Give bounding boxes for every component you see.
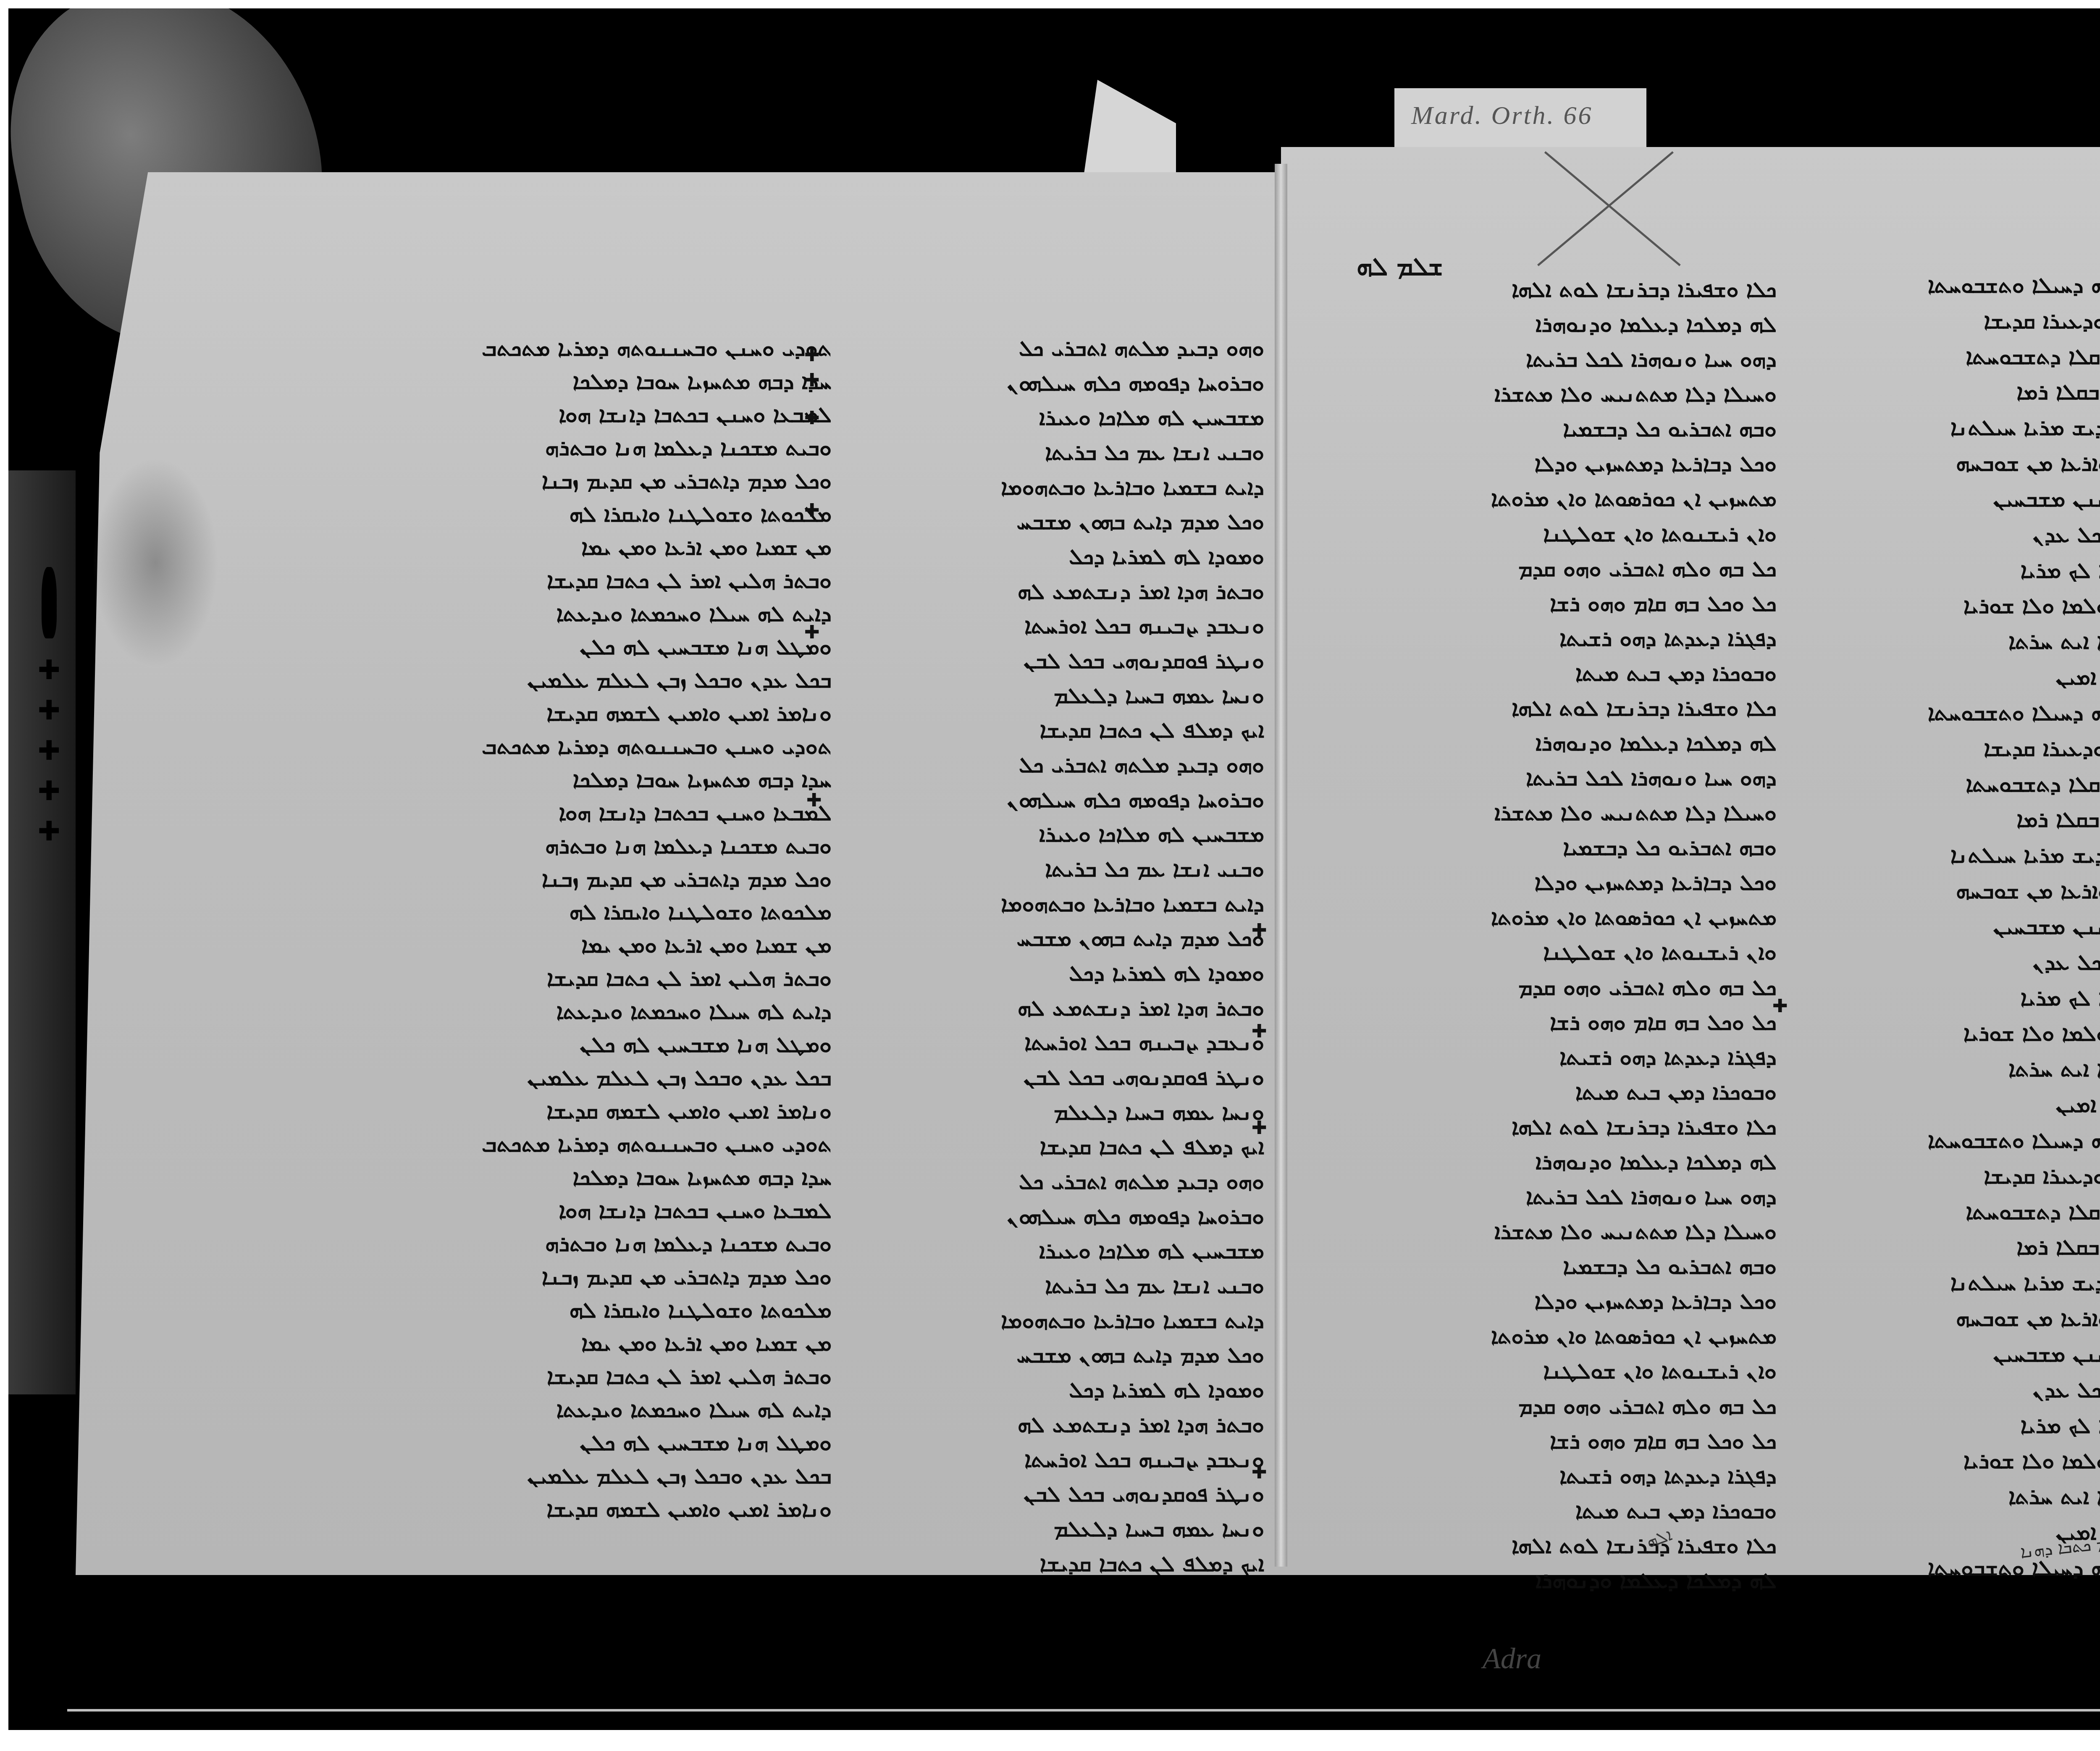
right-page-inner-column: ܟܠܐ ܘܫܦܝܪܐ ܕܒܪܢܫܐ ܠܘܬ ܐܠܗܐ ܠܗ ܕܡܠܟܐ ܕܥܠܡ…	[1348, 277, 1777, 1592]
text-line: ܘܐܡܪܝܢ ܫܘܒܚܐ ܠܟ ܡܪܝܐ	[1806, 1413, 2100, 1437]
text-line: ܐܝܟ ܕܡܠܦ ܠܢ ܟܬܒܐ ܩܕܝܫܐ	[844, 718, 1264, 741]
text-line: ܘܟܠ ܡܕܡ ܕܐܝܬ ܒܗܘܢ ܡܫܒܚ	[844, 926, 1264, 950]
text-line: ܘܟܠ ܕܒܐܪܥܐ ܕܡܬܚܙܝܢ ܘܕܠܐ	[1348, 870, 1777, 894]
text-line: ܘܡܘܕܐ ܠܗ ܠܡܪܝܐ ܕܟܠ	[844, 544, 1264, 568]
text-line: ܒܟܠ ܥܕܢ ܘܒܟܠ ܙܒܢ ܠܥܠܡ ܥܠܡܝܢ	[407, 1464, 832, 1487]
text-line: ܟܠ ܘܟܠ ܒܗ ܩܐܡ ܘܗܘ ܪܫܐ	[1348, 1429, 1777, 1452]
cross-icon: ✚	[1772, 995, 1788, 1017]
text-line: ܘܡܛܠ ܗܢܐ ܡܫܒܚܝܢ ܠܗ ܟܠܢ	[407, 1032, 832, 1056]
text-line: ܕܦܓܪܐ ܕܥܕܬܐ ܕܗܘ ܪܫܝܬܐ	[1348, 626, 1777, 650]
text-line: ܕܡܠܝܢ ܫܡܝܐ ܘܐܪܥܐ ܡܢ ܫܘܒܚܗ	[1806, 451, 2100, 475]
text-line: ܡܠܟܘܬܐ ܘܫܘܠܛܢܐ ܘܐܝܩܪܐ ܠܗ	[407, 1298, 832, 1321]
cross-icon: ✚	[804, 344, 820, 366]
text-line: ܘܒܬܪ ܗܕܐ ܐܡܪ ܕܢܫܬܡܥ ܠܗ	[844, 1412, 1264, 1436]
cross-icon: ✚	[38, 743, 60, 759]
text-line: ܘܒܬܪܗܘܢ ܐܦ ܚܢܢ ܡܫܒܚܝܢ	[1806, 487, 2100, 510]
text-line: ܘܠܡܠܟܘܬܟ ܠܐ ܐܝܬ ܚܪܬܐ	[1806, 629, 2100, 653]
cross-icon: ✚	[804, 622, 820, 643]
cross-icon: ✚	[1252, 1462, 1267, 1483]
text-line: ܠܡܒܥܐ ܘܚܢܢ ܒܟܬܒܐ ܕܐܢܫܐ ܗܘܐ	[407, 402, 832, 426]
text-line: ܘܐܢ ܪܝܫܢܘܬܐ ܘܐܢ ܫܘܠܛܢܐ	[1348, 1359, 1777, 1382]
text-line: ܘܒܗ ܐܬܒܪܝܘ ܟܠ ܕܒܫܡܝܐ	[1348, 417, 1777, 440]
text-line: ܕܗܘ ܚܝܐ ܘܢܘܗܪܐ ܠܟܠ ܒܪܝܬܐ	[1348, 1184, 1777, 1208]
text-line: ܬܘܕܝ ܘܚܢܢ ܘܒܚܢܢܘܬܗ ܕܡܪܝܐ ܡܬܟܬܒ	[407, 734, 832, 758]
text-line: ܘܒܘܟܪܐ ܕܡܢ ܒܝܬ ܡܝܬܐ	[1348, 1080, 1777, 1103]
text-line: ܟܢܫܐ ܕܡܠܐܟܐ ܘܕܥܝܪܐ ܩܕܝܫܐ	[1806, 736, 2100, 760]
text-line: ܡܫܒܚܝܢ ܠܗ ܡܠܐܟܐ ܘܥܝܪܐ	[844, 1239, 1264, 1262]
text-line: ܕܐܝܬ ܒܫܡܝܐ ܘܒܐܪܥܐ ܘܒܬܗܘܡܐ	[844, 475, 1264, 499]
text-line: ܘܢܥܒܕ ܨܒܝܢܗ ܒܟܠ ܐܘܪܚܬܐ	[844, 1447, 1264, 1471]
text-line: ܘܚܝܠܐ ܕܠܐ ܡܬܬܢܝܚ ܘܠܐ ܡܬܫܪܐ	[1348, 382, 1777, 405]
text-line: ܘܡܘܕܐ ܠܗ ܠܡܪܝܐ ܕܟܠ	[844, 1378, 1264, 1401]
text-line: ܚܕܐ ܕܒܗ ܡܬܚܙܝܐ ܚܘܒܐ ܕܡܠܟܐ	[407, 767, 832, 791]
cross-icon: ✚	[38, 662, 60, 679]
text-line: ܘܡܫܒܚܝܢ ܠܗ ܒܩܠܐ ܪܡܐ	[1806, 380, 2100, 403]
text-line: ܟܠ ܘܟܠ ܒܗ ܩܐܡ ܘܗܘ ܪܫܐ	[1348, 1010, 1777, 1034]
left-page-inner-column: ܘܗܘ ܕܒܝܕ ܡܠܬܗ ܐܬܒܪܝ ܟܠ ܘܒܪܘܚܐ ܕܦܘܡܗ ܟܠܗ …	[844, 336, 1264, 1575]
photo-frame: ✚ ✚ ✚ ✚ ✚ Mard. Orth. 66 ܫܠܡ ܠܗ ܬܘܕܝ ܘܚܢ…	[8, 8, 2100, 1730]
text-line: ܡܢܗ ܘܐܠܗܐ ܠܗ ܕܚܝܠܐ ܘܬܫܒܘܚܬܐ	[1806, 273, 2100, 297]
text-line: ܘܢܥܒܕ ܨܒܝܢܗ ܒܟܠ ܐܘܪܚܬܐ	[844, 1030, 1264, 1054]
text-line: ܐܝܟ ܕܡܠܦ ܠܢ ܟܬܒܐ ܩܕܝܫܐ	[844, 1134, 1264, 1158]
text-line: ܘܡܘܕܐ ܠܗ ܠܡܪܝܐ ܕܟܠ	[844, 961, 1264, 984]
text-line: ܘܠܡܠܟܘܬܟ ܠܐ ܐܝܬ ܚܪܬܐ	[1806, 1484, 2100, 1508]
text-line: ܒܟܠ ܥܕܢ ܘܒܟܠ ܙܒܢ ܠܥܠܡ ܥܠܡܝܢ	[407, 668, 832, 691]
text-line: ܘܐܡܪܝܢ ܫܘܒܚܐ ܠܟ ܡܪܝܐ	[1806, 986, 2100, 1009]
text-line: ܕܦܓܪܐ ܕܥܕܬܐ ܕܗܘ ܪܫܝܬܐ	[1348, 1464, 1777, 1487]
text-line: ܘܒܗ ܐܬܒܪܝܘ ܟܠ ܕܒܫܡܝܐ	[1348, 835, 1777, 859]
text-line: ܐܝܟ ܕܡܠܦ ܠܢ ܟܬܒܐ ܩܕܝܫܐ	[844, 1551, 1264, 1575]
text-line: ܟܠܐ ܘܫܦܝܪܐ ܕܒܪܢܫܐ ܠܘܬ ܐܠܗܐ	[1348, 277, 1777, 301]
open-manuscript: ܫܠܡ ܠܗ ܬܘܕܝ ܘܚܢܢ ܘܒܚܢܢܘܬܗ ܕܡܪܝܐ ܡܬܟܬܒ ܚܕ…	[76, 147, 2100, 1583]
text-line: ܕܡܠܝܢ ܫܡܝܐ ܘܐܪܥܐ ܡܢ ܫܘܒܚܗ	[1806, 1306, 2100, 1330]
text-line: ܟܢܫܐ ܕܡܠܐܟܐ ܘܕܥܝܪܐ ܩܕܝܫܐ	[1806, 309, 2100, 332]
right-page-outer-column: ܡܢܗ ܘܐܠܗܐ ܠܗ ܕܚܝܠܐ ܘܬܫܒܘܚܬܐ ܟܢܫܐ ܕܡܠܐܟܐ …	[1806, 273, 2100, 1579]
text-line: ܟܢܫܐ ܕܡܠܐܟܐ ܘܕܥܝܪܐ ܩܕܝܫܐ	[1806, 1164, 2100, 1187]
text-line: ܘܒܬܪܗܘܢ ܐܦ ܚܢܢ ܡܫܒܚܝܢ	[1806, 1342, 2100, 1365]
text-line: ܘܒܢܝ ܐܢܫܐ ܥܡ ܟܠ ܒܪܝܬܐ	[844, 857, 1264, 880]
text-line: ܘܡܫܒܚܝܢ ܠܗ ܒܩܠܐ ܪܡܐ	[1806, 1235, 2100, 1258]
text-line: ܘܡܘܕܝܢ ܠܗ ܒܟܠ ܥܕܢ	[1806, 1378, 2100, 1401]
text-line: ܘܒܬܪܗܘܢ ܐܦ ܚܢܢ ܡܫܒܚܝܢ	[1806, 914, 2100, 938]
left-page-outer-column: ܬܘܕܝ ܘܚܢܢ ܘܒܚܢܢܘܬܗ ܕܡܪܝܐ ܡܬܟܬܒ ܚܕܐ ܕܒܗ ܡ…	[407, 336, 832, 1520]
text-line: ܘܢܛܪ ܦܘܩܕܢܘܗܝ ܒܟܠ ܠܒܢ	[844, 1065, 1264, 1089]
text-line: ܘܢܚܐ ܥܡܗ ܒܚܝܐ ܕܠܥܠܡ	[844, 683, 1264, 707]
text-line: ܟܠܐ ܘܫܦܝܪܐ ܕܒܪܢܫܐ ܠܘܬ ܐܠܗܐ	[1348, 1533, 1777, 1557]
bottom-annotation: Adra	[1483, 1642, 1541, 1676]
text-line: ܕܠܐ ܫܠܝܢ ܡܢ ܩܠܐ ܕܬܫܒܘܚܬܐ	[1806, 772, 2100, 795]
cross-icon: ✚	[804, 500, 820, 521]
text-line: ܠܗ ܕܡܠܟܐ ܕܥܠܡܐ ܘܕܢܘܗܪܐ	[1348, 1568, 1777, 1592]
text-line: ܡܢܗ ܘܐܠܗܐ ܠܗ ܕܚܝܠܐ ܘܬܫܒܘܚܬܐ	[1806, 1128, 2100, 1152]
text-line: ܘܢܥܒܕ ܨܒܝܢܗ ܒܟܠ ܐܘܪܚܬܐ	[844, 614, 1264, 637]
text-line: ܘܒܝܬ ܡܫܟܢܐ ܕܥܠܡܐ ܗܢܐ ܘܒܬܪܗ	[407, 834, 832, 857]
text-line: ܡܢ ܫܡܝܐ ܘܡܢ ܐܪܥܐ ܘܡܢ ܝܡܐ	[407, 933, 832, 956]
text-line: ܕܐܝܬ ܠܗ ܚܝܠܐ ܘܚܟܡܬܐ ܘܝܕܥܬܐ	[407, 999, 832, 1023]
text-line: ܡܢ ܫܡܝܐ ܘܡܢ ܐܪܥܐ ܘܡܢ ܝܡܐ	[407, 535, 832, 559]
text-line: ܠܗ ܕܡܠܟܐ ܕܥܠܡܐ ܘܕܢܘܗܪܐ	[1348, 312, 1777, 336]
text-line: ܘܒܘܟܪܐ ܕܡܢ ܒܝܬ ܡܝܬܐ	[1348, 1499, 1777, 1522]
text-line: ܘܒܢܝ ܐܢܫܐ ܥܡ ܟܠ ܒܪܝܬܐ	[844, 440, 1264, 464]
text-line: ܘܢܐܡܪ ܐܡܝܢ ܘܐܡܝܢ ܠܫܡܗ ܩܕܝܫܐ	[407, 1497, 832, 1520]
text-line: ܕܦܓܪܐ ܕܥܕܬܐ ܕܗܘ ܪܫܝܬܐ	[1348, 1045, 1777, 1068]
water-stain	[92, 458, 218, 668]
text-line: ܠܡܒܥܐ ܘܚܢܢ ܒܟܬܒܐ ܕܐܢܫܐ ܗܘܐ	[407, 801, 832, 824]
text-line: ܡܠܟܘܬܐ ܘܫܘܠܛܢܐ ܘܐܝܩܪܐ ܠܗ	[407, 900, 832, 923]
text-line: ܕܗܘ ܚܝܐ ܘܢܘܗܪܐ ܠܟܠ ܒܪܝܬܐ	[1348, 347, 1777, 370]
text-line: ܘܢܚܐ ܥܡܗ ܒܚܝܐ ܕܠܥܠܡ	[844, 1517, 1264, 1540]
text-line: ܩܕܝܫ ܩܕܝܫ ܩܕܝܫ ܡܪܝܐ ܚܝܠܬܢܐ	[1806, 1271, 2100, 1294]
text-line: ܘܟܠ ܡܕܡ ܕܐܬܒܪܝ ܡܢ ܩܕܝܡ ܙܒܢܐ	[407, 867, 832, 890]
text-line: ܘܟܠ ܕܒܐܪܥܐ ܕܡܬܚܙܝܢ ܘܕܠܐ	[1348, 1289, 1777, 1313]
text-line: ܘܒܗ ܐܬܒܪܝܘ ܟܠ ܕܒܫܡܝܐ	[1348, 1254, 1777, 1278]
text-line: ܬܘܕܝ ܘܚܢܢ ܘܒܚܢܢܘܬܗ ܕܡܪܝܐ ܡܬܟܬܒ	[407, 1132, 832, 1155]
text-line: ܡܬܚܙܝܢ ܐܢ ܟܘܪܣܘܬܐ ܘܐܢ ܡܪܘܬܐ	[1348, 1324, 1777, 1347]
text-line: ܘܐܢ ܪܝܫܢܘܬܐ ܘܐܢ ܫܘܠܛܢܐ	[1348, 940, 1777, 963]
exclamation-mark-glyph	[42, 567, 57, 638]
text-line: ܟܠ ܒܗ ܘܠܗ ܐܬܒܪܝ ܘܗܘ ܩܕܡ	[1348, 1394, 1777, 1418]
text-line: ܕܐܝܬ ܒܫܡܝܐ ܘܒܐܪܥܐ ܘܒܬܗܘܡܐ	[844, 892, 1264, 915]
text-line: ܘܢܐܡܪ ܐܡܝܢ ܘܐܡܝܢ ܠܫܡܗ ܩܕܝܫܐ	[407, 701, 832, 725]
text-line: ܘܢܛܪ ܦܘܩܕܢܘܗܝ ܒܟܠ ܠܒܢ	[844, 648, 1264, 672]
text-line: ܕܠܐ ܐܝܬ ܠܟ ܫܘܠܡܐ ܘܠܐ ܫܘܪܝܐ	[1806, 593, 2100, 617]
text-line: ܡܬܚܙܝܢ ܐܢ ܟܘܪܣܘܬܐ ܘܐܢ ܡܪܘܬܐ	[1348, 905, 1777, 929]
text-line: ܘܒܪܘܚܐ ܕܦܘܡܗ ܟܠܗ ܚܝܠܗܘܢ	[844, 1204, 1264, 1228]
text-line: ܘܐܡܪܝܢ ܫܘܒܚܐ ܠܟ ܡܪܝܐ	[1806, 558, 2100, 582]
book-gutter	[1275, 164, 1287, 1567]
text-line: ܬܘܕܝ ܘܚܢܢ ܘܒܚܢܢܘܬܗ ܕܡܪܝܐ ܡܬܟܬܒ	[407, 336, 832, 360]
cross-icon: ✚	[38, 783, 60, 800]
text-line: ܩܕܝܫ ܩܕܝܫ ܩܕܝܫ ܡܪܝܐ ܚܝܠܬܢܐ	[1806, 415, 2100, 439]
text-line: ܕܠܐ ܫܠܝܢ ܡܢ ܩܠܐ ܕܬܫܒܘܚܬܐ	[1806, 344, 2100, 368]
text-line: ܠܗ ܕܡܠܟܐ ܕܥܠܡܐ ܘܕܢܘܗܪܐ	[1348, 1150, 1777, 1173]
text-line: ܕܠܐ ܫܠܝܢ ܡܢ ܩܠܐ ܕܬܫܒܘܚܬܐ	[1806, 1200, 2100, 1223]
text-line: ܕܗܘ ܚܝܐ ܘܢܘܗܪܐ ܠܟܠ ܒܪܝܬܐ	[1348, 766, 1777, 789]
text-line: ܡܢ ܫܡܝܐ ܘܡܢ ܐܪܥܐ ܘܡܢ ܝܡܐ	[407, 1331, 832, 1355]
text-line: ܘܟܠ ܕܒܐܪܥܐ ܕܡܬܚܙܝܢ ܘܕܠܐ	[1348, 452, 1777, 475]
text-line: ܚܕܐ ܕܒܗ ܡܬܚܙܝܐ ܚܘܒܐ ܕܡܠܟܐ	[407, 1165, 832, 1189]
text-line: ܘܗܘ ܕܒܝܕ ܡܠܬܗ ܐܬܒܪܝ ܟܠ	[844, 1169, 1264, 1193]
cross-icon: ✚	[38, 823, 60, 840]
text-line: ܘܒܪܘܚܐ ܕܦܘܡܗ ܟܠܗ ܚܝܠܗܘܢ	[844, 371, 1264, 394]
text-line: ܘܚܝܠܐ ܕܠܐ ܡܬܬܢܝܚ ܘܠܐ ܡܬܫܪܐ	[1348, 801, 1777, 824]
text-line: ܘܚܝܠܐ ܕܠܐ ܡܬܬܢܝܚ ܘܠܐ ܡܬܫܪܐ	[1348, 1219, 1777, 1243]
text-line: ܡܫܒܚܝܢ ܠܗ ܡܠܐܟܐ ܘܥܝܪܐ	[844, 405, 1264, 429]
text-line: ܕܐܝܬ ܠܗ ܚܝܠܐ ܘܚܟܡܬܐ ܘܝܕܥܬܐ	[407, 1397, 832, 1421]
text-line: ܠܥܠܡ ܥܠܡܝܢ ܐܡܝܢ	[1806, 665, 2100, 688]
text-line: ܡܢܗ ܘܐܠܗܐ ܠܗ ܕܚܝܠܐ ܘܬܫܒܘܚܬܐ	[1806, 1556, 2100, 1579]
text-line: ܟܠܐ ܘܫܦܝܪܐ ܕܒܪܢܫܐ ܠܘܬ ܐܠܗܐ	[1348, 1115, 1777, 1138]
text-line: ܘܒܢܝ ܐܢܫܐ ܥܡ ܟܠ ܒܪܝܬܐ	[844, 1273, 1264, 1297]
text-line: ܘܡܛܠ ܗܢܐ ܡܫܒܚܝܢ ܠܗ ܟܠܢ	[407, 635, 832, 658]
text-line: ܕܐܝܬ ܠܗ ܚܝܠܐ ܘܚܟܡܬܐ ܘܝܕܥܬܐ	[407, 601, 832, 625]
text-line: ܘܒܪܘܚܐ ܕܦܘܡܗ ܟܠܗ ܚܝܠܗܘܢ	[844, 788, 1264, 811]
text-line: ܚܕܐ ܕܒܗ ܡܬܚܙܝܐ ܚܘܒܐ ܕܡܠܟܐ	[407, 369, 832, 393]
text-line: ܘܡܛܠ ܗܢܐ ܡܫܒܚܝܢ ܠܗ ܟܠܢ	[407, 1431, 832, 1454]
text-line: ܘܒܬܪ ܗܠܝܢ ܐܡܪ ܠܢ ܟܬܒܐ ܩܕܝܫܐ	[407, 568, 832, 592]
text-line: ܠܡܒܥܐ ܘܚܢܢ ܒܟܬܒܐ ܕܐܢܫܐ ܗܘܐ	[407, 1198, 832, 1222]
text-line: ܘܗܘ ܕܒܝܕ ܡܠܬܗ ܐܬܒܪܝ ܟܠ	[844, 753, 1264, 776]
cross-icon: ✚	[804, 370, 820, 391]
text-line: ܕܠܐ ܐܝܬ ܠܟ ܫܘܠܡܐ ܘܠܐ ܫܘܪܝܐ	[1806, 1021, 2100, 1045]
text-line: ܟܠ ܘܟܠ ܒܗ ܩܐܡ ܘܗܘ ܪܫܐ	[1348, 591, 1777, 615]
text-line: ܟܠܐ ܘܫܦܝܪܐ ܕܒܪܢܫܐ ܠܘܬ ܐܠܗܐ	[1348, 696, 1777, 719]
text-line: ܘܒܬܪ ܗܕܐ ܐܡܪ ܕܢܫܬܡܥ ܠܗ	[844, 579, 1264, 603]
text-line: ܕܡܠܝܢ ܫܡܝܐ ܘܐܪܥܐ ܡܢ ܫܘܒܚܗ	[1806, 879, 2100, 902]
text-line: ܘܒܬܪ ܗܠܝܢ ܐܡܪ ܠܢ ܟܬܒܐ ܩܕܝܫܐ	[407, 1364, 832, 1388]
cross-icon: ✚	[38, 702, 60, 719]
text-line: ܘܟܠ ܡܕܡ ܕܐܝܬ ܒܗܘܢ ܡܫܒܚ	[844, 509, 1264, 533]
text-line: ܘܒܝܬ ܡܫܟܢܐ ܕܥܠܡܐ ܗܢܐ ܘܒܬܪܗ	[407, 1231, 832, 1255]
cross-icon: ✚	[1252, 920, 1267, 941]
text-line: ܘܒܘܟܪܐ ܕܡܢ ܒܝܬ ܡܝܬܐ	[1348, 661, 1777, 685]
text-line: ܩܕܝܫ ܩܕܝܫ ܩܕܝܫ ܡܪܝܐ ܚܝܠܬܢܐ	[1806, 843, 2100, 866]
text-line: ܘܢܚܐ ܥܡܗ ܒܚܝܐ ܕܠܥܠܡ	[844, 1100, 1264, 1124]
text-line: ܘܢܛܪ ܦܘܩܕܢܘܗܝ ܒܟܠ ܠܒܢ	[844, 1482, 1264, 1505]
text-line: ܟܠ ܒܗ ܘܠܗ ܐܬܒܪܝ ܘܗܘ ܩܕܡ	[1348, 557, 1777, 580]
text-line: ܘܟܠ ܡܕܡ ܕܐܬܒܪܝ ܡܢ ܩܕܝܡ ܙܒܢܐ	[407, 469, 832, 492]
text-line: ܘܐܢ ܪܝܫܢܘܬܐ ܘܐܢ ܫܘܠܛܢܐ	[1348, 522, 1777, 545]
cross-icon: ✚	[1252, 1021, 1267, 1042]
shelfmark-label: Mard. Orth. 66	[1411, 101, 1593, 131]
text-line: ܠܗ ܕܡܠܟܐ ܕܥܠܡܐ ܘܕܢܘܗܪܐ	[1348, 731, 1777, 754]
side-marks: ✚ ✚ ✚ ✚ ✚	[38, 567, 60, 840]
text-line: ܘܗܘ ܕܒܝܕ ܡܠܬܗ ܐܬܒܪܝ ܟܠ	[844, 336, 1264, 360]
text-line: ܘܒܬܪ ܗܠܝܢ ܐܡܪ ܠܢ ܟܬܒܐ ܩܕܝܫܐ	[407, 966, 832, 990]
text-line: ܘܒܬܪ ܗܕܐ ܐܡܪ ܕܢܫܬܡܥ ܠܗ	[844, 996, 1264, 1019]
text-line: ܘܡܘܕܝܢ ܠܗ ܒܟܠ ܥܕܢ	[1806, 522, 2100, 546]
text-line: ܘܡܘܕܝܢ ܠܗ ܒܟܠ ܥܕܢ	[1806, 950, 2100, 974]
text-line: ܡܠܟܘܬܐ ܘܫܘܠܛܢܐ ܘܐܝܩܪܐ ܠܗ	[407, 502, 832, 525]
text-line: ܒܟܠ ܥܕܢ ܘܒܟܠ ܙܒܢ ܠܥܠܡ ܥܠܡܝܢ	[407, 1066, 832, 1089]
text-line: ܘܟܠ ܡܕܡ ܕܐܬܒܪܝ ܡܢ ܩܕܝܡ ܙܒܢܐ	[407, 1265, 832, 1288]
text-line: ܡܫܒܚܝܢ ܠܗ ܡܠܐܟܐ ܘܥܝܪܐ	[844, 822, 1264, 845]
text-line: ܘܟܠ ܡܕܡ ܕܐܝܬ ܒܗܘܢ ܡܫܒܚ	[844, 1343, 1264, 1366]
text-line: ܘܢܐܡܪ ܐܡܝܢ ܘܐܡܝܢ ܠܫܡܗ ܩܕܝܫܐ	[407, 1099, 832, 1122]
text-line: ܠܥܠܡ ܥܠܡܝܢ ܐܡܝܢ	[1806, 1092, 2100, 1116]
edge-glint	[67, 1709, 2100, 1712]
text-line: ܘܠܡܠܟܘܬܟ ܠܐ ܐܝܬ ܚܪܬܐ	[1806, 1057, 2100, 1080]
text-line: ܕܠܐ ܐܝܬ ܠܟ ܫܘܠܡܐ ܘܠܐ ܫܘܪܝܐ	[1806, 1449, 2100, 1472]
text-line: ܕܐܝܬ ܒܫܡܝܐ ܘܒܐܪܥܐ ܘܒܬܗܘܡܐ	[844, 1308, 1264, 1332]
text-line: ܟܠ ܒܗ ܘܠܗ ܐܬܒܪܝ ܘܗܘ ܩܕܡ	[1348, 975, 1777, 999]
text-line: ܡܢܗ ܘܐܠܗܐ ܠܗ ܕܚܝܠܐ ܘܬܫܒܘܚܬܐ	[1806, 701, 2100, 724]
text-line: ܡܬܚܙܝܢ ܐܢ ܟܘܪܣܘܬܐ ܘܐܢ ܡܪܘܬܐ	[1348, 486, 1777, 510]
cross-icon: ✚	[806, 790, 822, 811]
cross-icon: ✚	[804, 407, 820, 429]
text-line: ܘܡܫܒܚܝܢ ܠܗ ܒܩܠܐ ܪܡܐ	[1806, 807, 2100, 831]
cross-icon: ✚	[1252, 1117, 1267, 1139]
text-line: ܘܒܝܬ ܡܫܟܢܐ ܕܥܠܡܐ ܗܢܐ ܘܒܬܪܗ	[407, 436, 832, 459]
bottom-edge	[8, 1696, 2100, 1730]
